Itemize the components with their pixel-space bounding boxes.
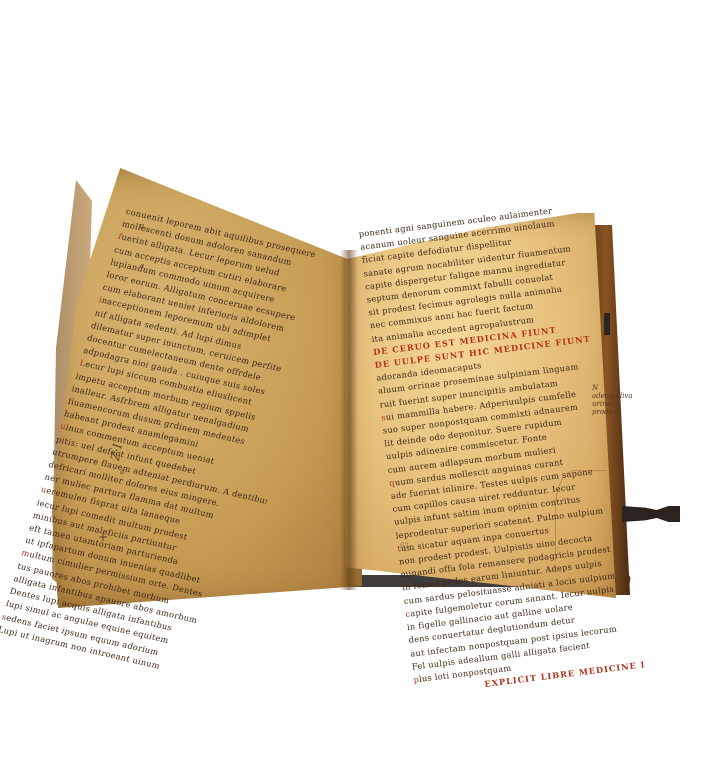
margin-mark: a	[140, 222, 144, 230]
margin-note: N adeogalliva urinalis prodest	[592, 384, 632, 416]
margin-scribble: Z·I	[108, 442, 125, 461]
margin-cross: +	[98, 530, 108, 544]
manuscript-photo: conuenit leporem abit aquilibus proseque…	[0, 0, 710, 780]
margin-mark: a	[140, 262, 144, 270]
leather-strap	[622, 506, 680, 522]
margin-mark: a	[120, 468, 124, 476]
strap-clasp	[604, 313, 610, 335]
book-gutter	[340, 250, 358, 590]
folio-number: 62	[400, 542, 409, 550]
